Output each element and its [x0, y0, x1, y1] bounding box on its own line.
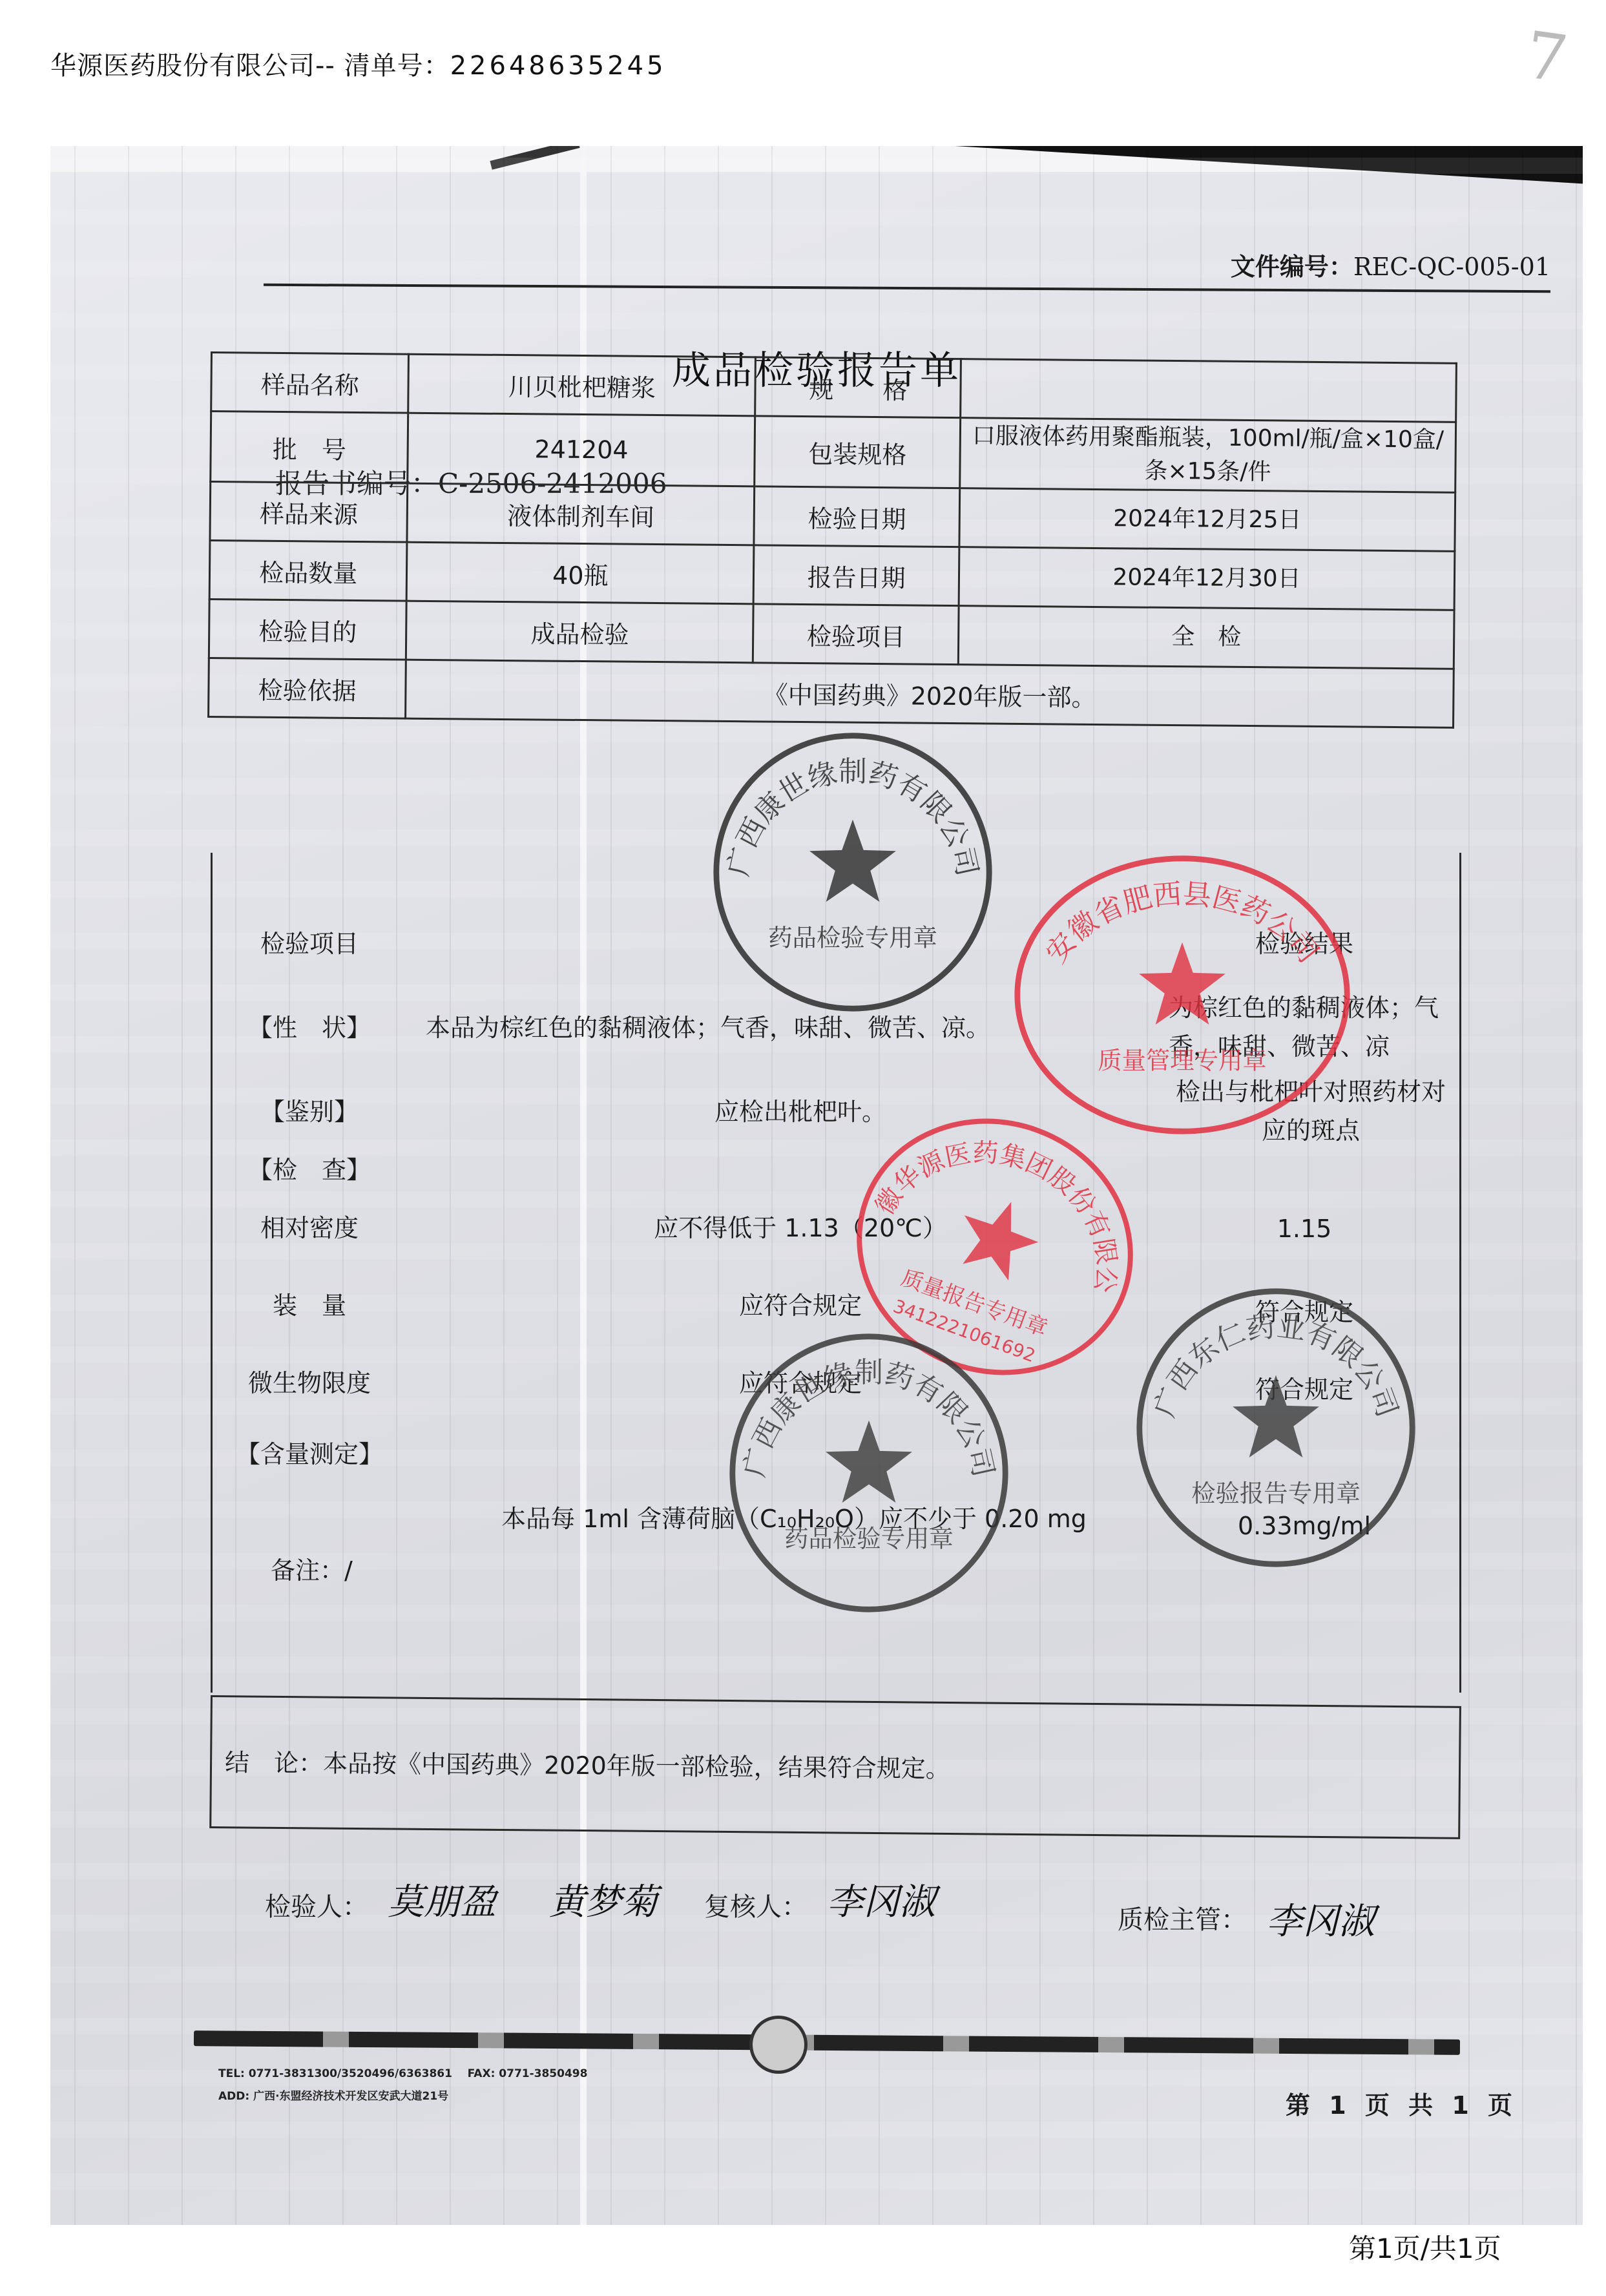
info-label: 样品来源	[210, 482, 408, 543]
list-number: 22648635245	[450, 51, 667, 81]
conclusion: 结 论：本品按《中国药典》2020年版一部检验，结果符合规定。	[225, 1742, 950, 1784]
page-header: 华源医药股份有限公司-- 清单号：22648635245	[50, 45, 667, 82]
info-value: 241204	[408, 413, 755, 486]
list-label: 清单号：	[344, 51, 450, 81]
result-appearance: 为棕红色的黏稠液体；气香，味甜、微苦、凉	[1169, 988, 1453, 1066]
results-header-result: 检验结果	[1149, 924, 1459, 959]
result-relative-density: 1.15	[1149, 1215, 1459, 1243]
info-value: 川贝枇杷糖浆	[408, 354, 756, 416]
footer-tel: TEL: 0771-3831300/3520496/6363861	[218, 2067, 452, 2080]
footer-fax: FAX: 0771-3850498	[468, 2067, 588, 2080]
info-label: 检品数量	[209, 541, 407, 601]
inspector-signature-1: 莫朋盈	[388, 1873, 496, 1925]
item-microbial-limit: 微生物限度	[213, 1363, 406, 1399]
inspector-label: 检验人：	[265, 1886, 368, 1923]
remarks: 备注：/	[271, 1550, 353, 1586]
info-label: 规 格	[755, 357, 961, 418]
footer-address: ADD: 广西·东盟经济技术开发区安武大道21号	[218, 2087, 448, 2103]
info-label: 包装规格	[755, 416, 961, 488]
file-code-value: REC-QC-005-01	[1353, 253, 1550, 281]
company-emblem-icon	[749, 2016, 808, 2074]
conclusion-label: 结 论：	[225, 1748, 323, 1777]
info-row: 批 号241204包装规格口服液体药用聚酯瓶装，100ml/瓶/盒×10盒/条×…	[211, 412, 1456, 493]
item-inspection: 【检 查】	[213, 1150, 406, 1185]
item-assay: 【含量测定】	[213, 1434, 406, 1470]
info-value: 2024年12月25日	[959, 488, 1455, 552]
page-indicator: 第1页/共1页	[1349, 2228, 1501, 2266]
info-table: 样品名称川贝枇杷糖浆规 格批 号241204包装规格口服液体药用聚酯瓶装，100…	[207, 351, 1457, 729]
qc-supervisor-signature: 李冈淑	[1266, 1893, 1375, 1945]
info-value: 口服液体药用聚酯瓶装，100ml/瓶/盒×10盒/条×15条/件	[960, 418, 1456, 493]
conclusion-box: 结 论：本品按《中国药典》2020年版一部检验，结果符合规定。	[209, 1695, 1461, 1839]
info-row: 样品名称川贝枇杷糖浆规 格	[211, 353, 1457, 423]
item-appearance: 【性 状】	[213, 1008, 406, 1043]
inspector-signature-2: 黄梦菊	[549, 1873, 658, 1925]
info-row: 检验目的成品检验检验项目全 检	[209, 599, 1454, 669]
conclusion-text: 本品按《中国药典》2020年版一部检验，结果符合规定。	[323, 1749, 950, 1783]
results-header-item: 检验项目	[213, 924, 406, 959]
standard-identification: 应检出枇杷叶。	[445, 1092, 1156, 1127]
standard-relative-density: 应不得低于 1.13（20℃）	[445, 1208, 1156, 1244]
basis-label: 检验依据	[209, 658, 406, 718]
info-label: 检验日期	[754, 486, 960, 547]
remarks-value: /	[344, 1556, 353, 1585]
standard-microbial-limit: 应符合规定	[445, 1363, 1156, 1399]
info-row: 检品数量40瓶报告日期2024年12月30日	[209, 541, 1455, 611]
item-relative-density: 相对密度	[213, 1208, 406, 1244]
info-label: 检验项目	[753, 604, 959, 665]
page-indicator-scan: 第 1 页 共 1 页	[1286, 2085, 1517, 2121]
result-identification: 检出与枇杷叶对照药材对应的斑点	[1169, 1072, 1453, 1150]
info-value: 液体制剂车间	[407, 483, 755, 545]
item-identification: 【鉴别】	[213, 1092, 406, 1127]
footer-contact: TEL: 0771-3831300/3520496/6363861 FAX: 0…	[218, 2067, 587, 2080]
result-assay: 0.33mg/ml	[1149, 1512, 1459, 1540]
result-fill-volume: 符合规定	[1149, 1292, 1459, 1328]
remarks-label: 备注：	[271, 1556, 344, 1585]
item-fill-volume: 装 量	[213, 1286, 406, 1321]
standard-assay: 本品每 1ml 含薄荷脑（C₁₀H₂₀O）应不少于 0.20 mg	[406, 1499, 1182, 1534]
reviewer-signature: 李冈淑	[827, 1873, 935, 1925]
reviewer-label: 复核人：	[704, 1886, 808, 1923]
basis-value: 《中国药典》2020年版一部。	[406, 660, 1454, 727]
header-rule	[264, 284, 1550, 293]
info-label: 报告日期	[753, 545, 959, 606]
info-value: 40瓶	[407, 542, 755, 604]
qc-supervisor-label: 质检主管：	[1118, 1899, 1247, 1936]
signature-block: 检验人： 莫朋盈 黄梦菊 复核人： 李冈淑 质检主管： 李冈淑	[213, 1861, 1473, 1951]
standard-fill-volume: 应符合规定	[445, 1286, 1156, 1321]
file-code-label: 文件编号：	[1231, 253, 1353, 281]
results-section: 检验项目 检验结果 【性 状】 本品为棕红色的黏稠液体；气香，味甜、微苦、凉。 …	[211, 853, 1461, 1693]
info-label: 检验目的	[209, 599, 406, 660]
info-row: 样品来源液体制剂车间检验日期2024年12月25日	[210, 482, 1455, 552]
info-value: 成品检验	[406, 601, 754, 663]
info-label: 批 号	[211, 412, 408, 484]
info-row-basis: 检验依据《中国药典》2020年版一部。	[209, 658, 1454, 727]
info-label: 样品名称	[211, 353, 409, 413]
handwritten-mark: 7	[1521, 17, 1572, 98]
company-name: 华源医药股份有限公司--	[50, 51, 335, 81]
file-code: 文件编号：REC-QC-005-01	[1231, 247, 1550, 282]
standard-appearance: 本品为棕红色的黏稠液体；气香，味甜、微苦、凉。	[426, 1008, 1072, 1043]
info-value: 2024年12月30日	[959, 547, 1455, 611]
info-value: 全 检	[958, 606, 1454, 669]
result-microbial-limit: 符合规定	[1149, 1370, 1459, 1405]
info-value	[961, 359, 1457, 423]
